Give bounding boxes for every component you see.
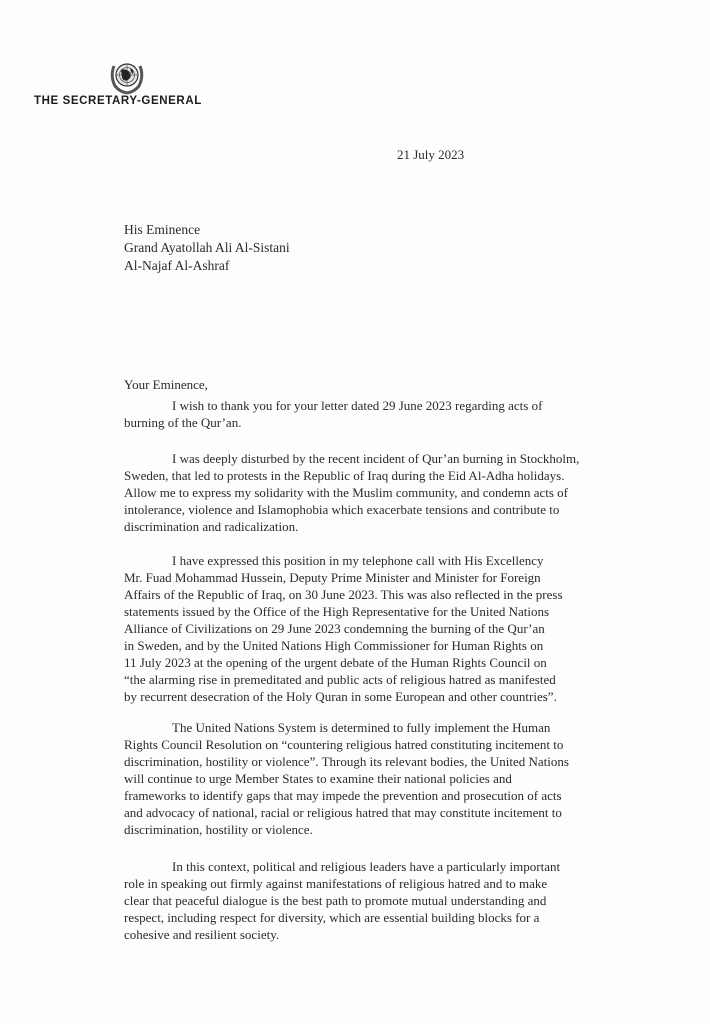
letterhead-title: THE SECRETARY-GENERAL — [34, 95, 202, 107]
body-paragraph: I wish to thank you for your letter date… — [124, 397, 624, 431]
paragraph-line: I have expressed this position in my tel… — [124, 552, 624, 569]
recipient-line: Grand Ayatollah Ali Al-Sistani — [124, 239, 290, 257]
paragraph-line: 11 July 2023 at the opening of the urgen… — [124, 654, 624, 671]
paragraph-line: by recurrent desecration of the Holy Qur… — [124, 688, 624, 705]
paragraph-line: and advocacy of national, racial or reli… — [124, 804, 624, 821]
paragraph-line: Alliance of Civilizations on 29 June 202… — [124, 620, 624, 637]
paragraph-line: Allow me to express my solidarity with t… — [124, 484, 624, 501]
recipient-address: His Eminence Grand Ayatollah Ali Al-Sist… — [124, 221, 290, 275]
body-paragraph: The United Nations System is determined … — [124, 719, 624, 838]
paragraph-line: Sweden, that led to protests in the Repu… — [124, 467, 624, 484]
body-paragraph: I was deeply disturbed by the recent inc… — [124, 450, 624, 535]
paragraph-line: will continue to urge Member States to e… — [124, 770, 624, 787]
paragraph-line: Rights Council Resolution on “countering… — [124, 736, 624, 753]
body-paragraph: I have expressed this position in my tel… — [124, 552, 624, 705]
paragraph-line: In this context, political and religious… — [124, 858, 624, 875]
recipient-line: His Eminence — [124, 221, 290, 239]
paragraph-line: I wish to thank you for your letter date… — [124, 397, 624, 414]
paragraph-line: intolerance, violence and Islamophobia w… — [124, 501, 624, 518]
paragraph-line: in Sweden, and by the United Nations Hig… — [124, 637, 624, 654]
recipient-line: Al-Najaf Al-Ashraf — [124, 257, 290, 275]
paragraph-line: cohesive and resilient society. — [124, 926, 624, 943]
paragraph-line: Mr. Fuad Mohammad Hussein, Deputy Prime … — [124, 569, 624, 586]
letter-page: THE SECRETARY-GENERAL 21 July 2023 His E… — [0, 0, 710, 1024]
letter-date: 21 July 2023 — [397, 146, 464, 163]
paragraph-line: discrimination and radicalization. — [124, 518, 624, 535]
paragraph-line: role in speaking out firmly against mani… — [124, 875, 624, 892]
paragraph-line: frameworks to identify gaps that may imp… — [124, 787, 624, 804]
un-emblem-icon — [107, 56, 147, 96]
paragraph-line: I was deeply disturbed by the recent inc… — [124, 450, 624, 467]
body-paragraph: In this context, political and religious… — [124, 858, 624, 943]
paragraph-line: The United Nations System is determined … — [124, 719, 624, 736]
paragraph-line: clear that peaceful dialogue is the best… — [124, 892, 624, 909]
paragraph-line: statements issued by the Office of the H… — [124, 603, 624, 620]
paragraph-line: respect, including respect for diversity… — [124, 909, 624, 926]
paragraph-line: discrimination, hostility or violence. — [124, 821, 624, 838]
paragraph-line: burning of the Qur’an. — [124, 414, 624, 431]
paragraph-line: Affairs of the Republic of Iraq, on 30 J… — [124, 586, 624, 603]
paragraph-line: discrimination, hostility or violence”. … — [124, 753, 624, 770]
paragraph-line: “the alarming rise in premeditated and p… — [124, 671, 624, 688]
salutation: Your Eminence, — [124, 376, 208, 393]
